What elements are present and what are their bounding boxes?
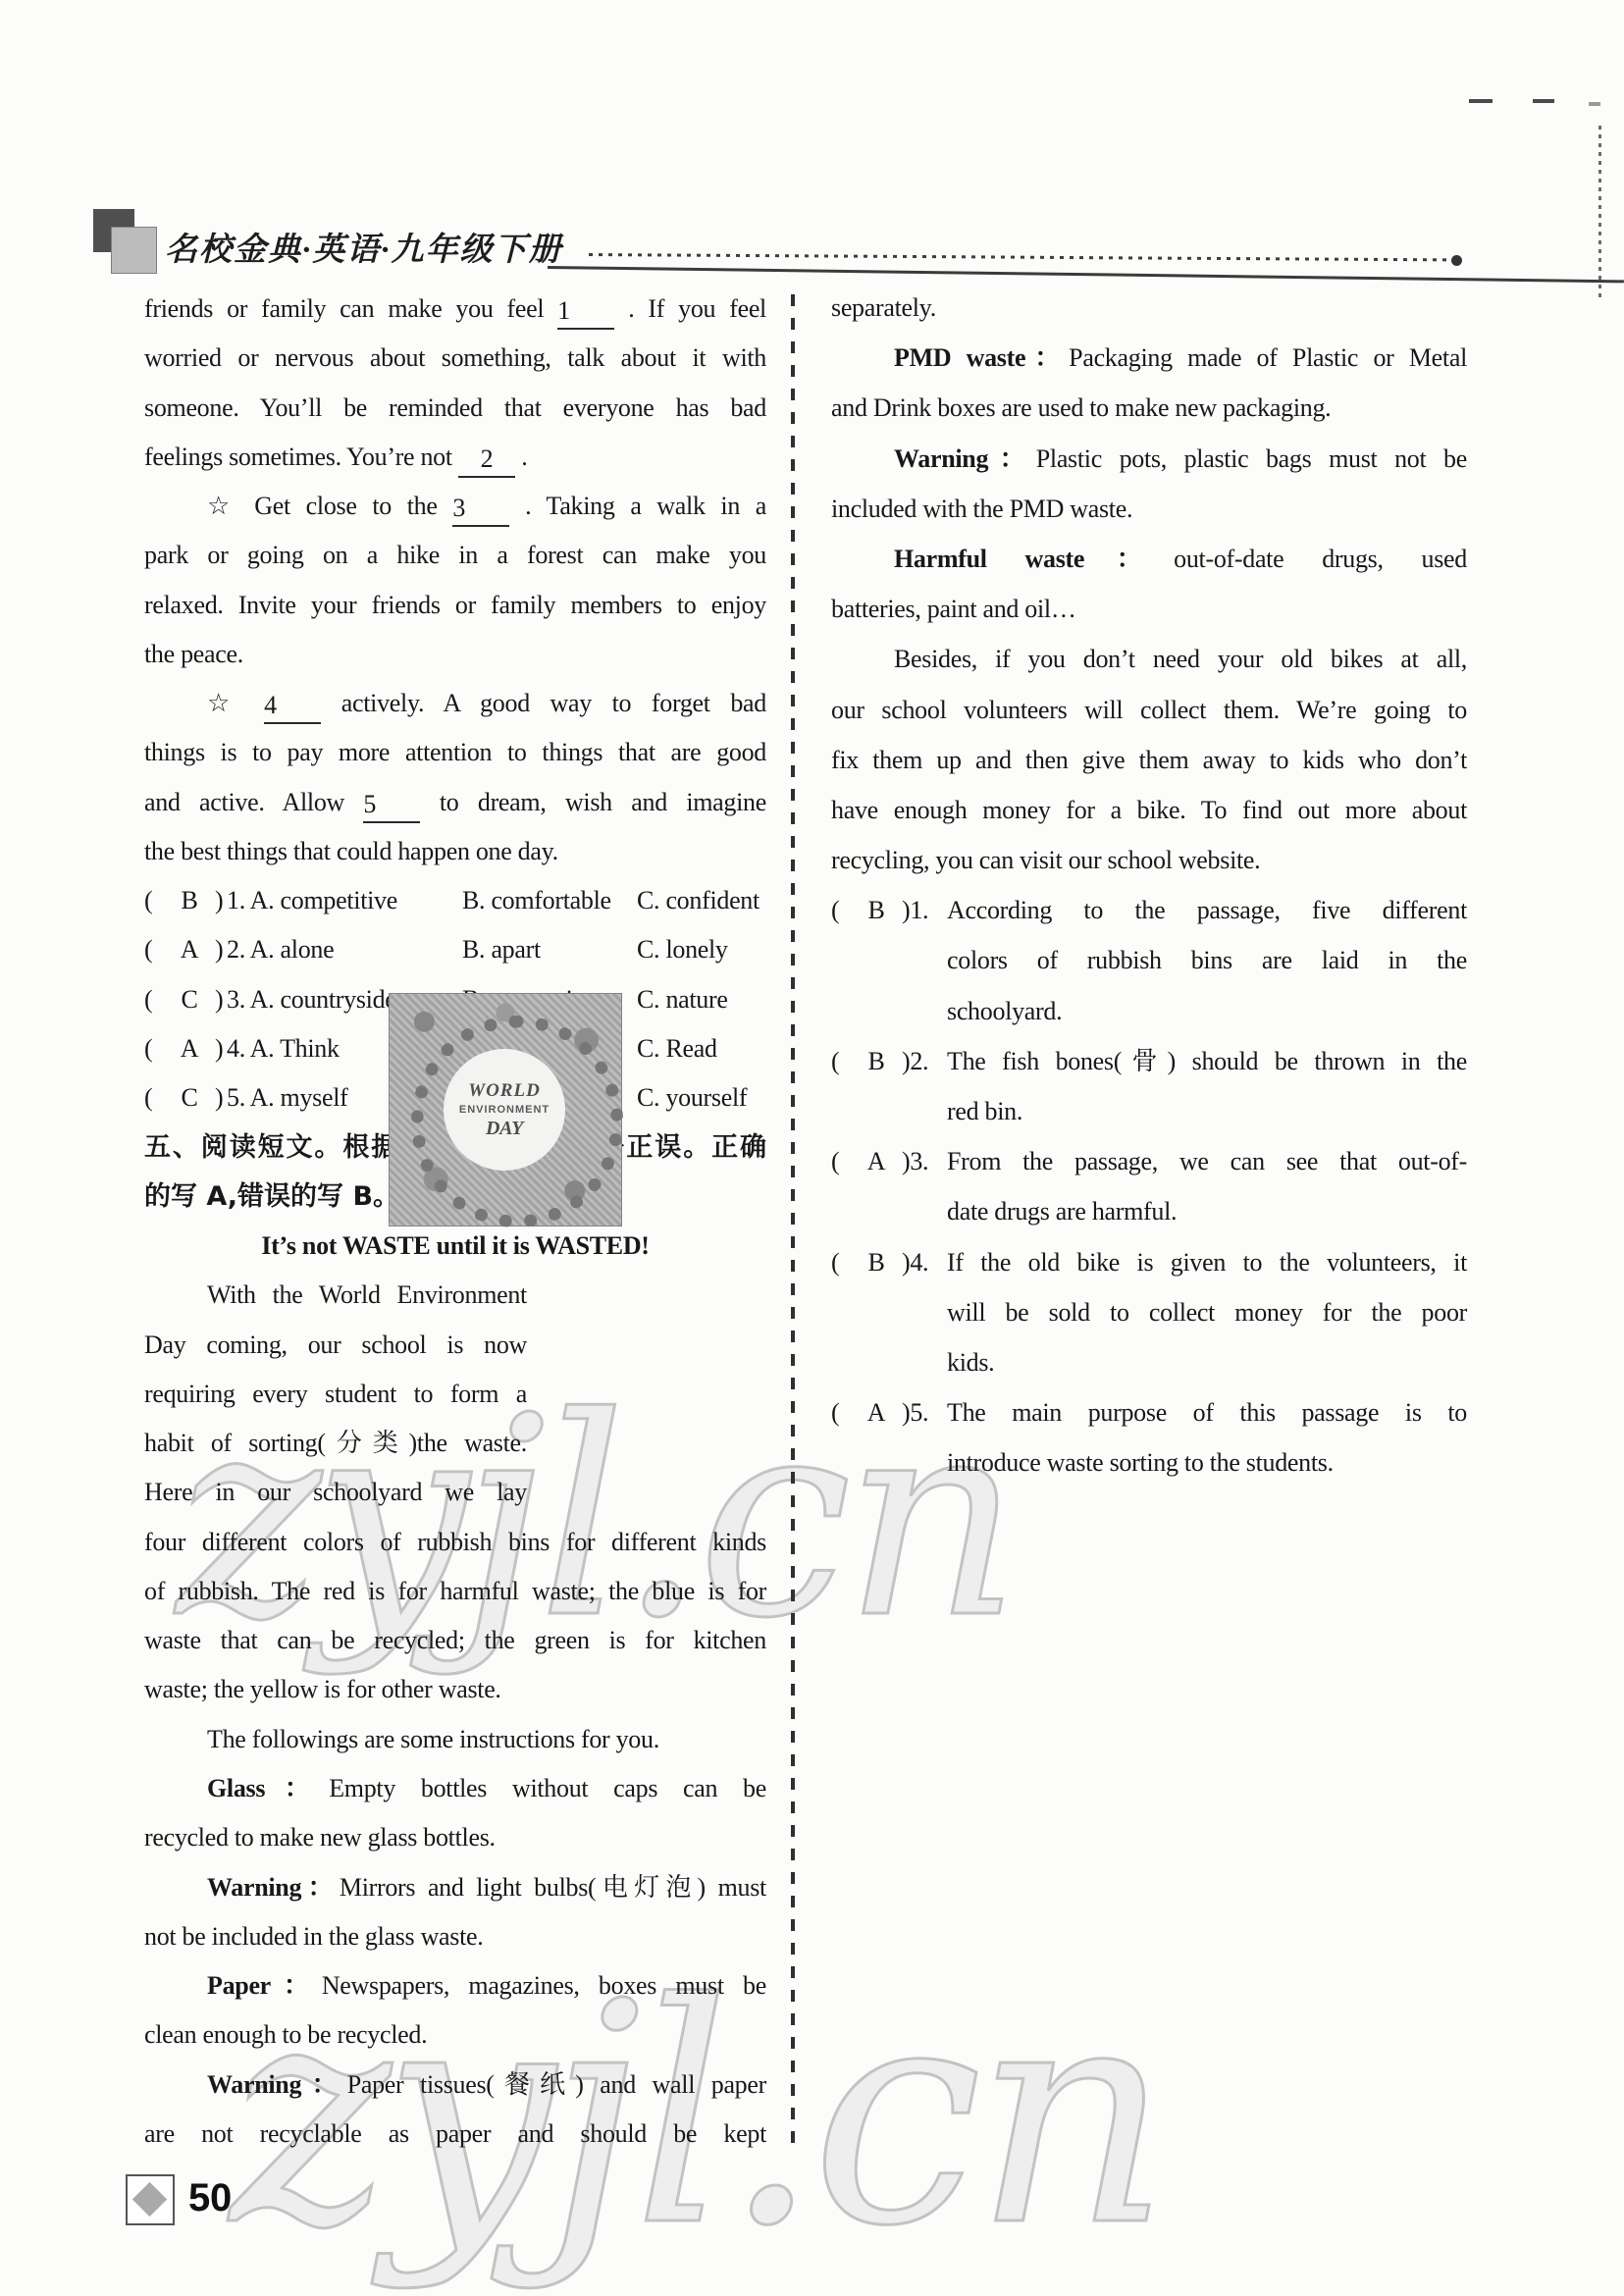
text-line: our school volunteers will collect them.… (831, 685, 1467, 735)
answer-letter: B (853, 1036, 900, 1086)
option-c: C. confident (637, 876, 760, 925)
text-segment: The followings are some instructions for… (207, 1725, 659, 1753)
text-segment: schoolyard. (947, 997, 1062, 1025)
bold-leadin: Warning： (207, 2070, 347, 2099)
text-segment: Besides, if you don’t need your old bike… (894, 645, 1467, 673)
item-number: )2. (902, 1036, 928, 1086)
figure-center-circle: WORLD ENVIRONMENT DAY (444, 1049, 565, 1171)
text-segment: four different colors of rubbish bins fo… (144, 1528, 766, 1556)
scanned-workbook-page: 名校金典·英语·九年级下册 zyjl.cn zyjl.cn friends or… (0, 0, 1624, 2296)
text-segment: . Taking a walk in a (509, 492, 766, 520)
text-line: red bin. (947, 1086, 1467, 1136)
answer-letter: C (166, 1073, 213, 1122)
bold-leadin: Warning： (207, 1873, 340, 1902)
text-line: recycled to make new glass bottles. (144, 1813, 766, 1862)
text-line: recycling, you can visit our school webs… (831, 835, 1467, 885)
option-c: C. nature (637, 975, 728, 1024)
option-a: 4. A. Think (227, 1024, 340, 1073)
text-line: included with the PMD waste. (831, 484, 1467, 534)
text-segment: not be included in the glass waste. (144, 1922, 483, 1951)
text-segment: will be sold to collect money for the po… (947, 1298, 1467, 1327)
text-line: have enough money for a bike. To find ou… (831, 785, 1467, 835)
answer-letter: A (853, 1136, 900, 1186)
text-segment: actively. A good way to forget bad (321, 689, 766, 717)
text-segment: batteries, paint and oil… (831, 595, 1076, 623)
text-line: waste that can be recycled; the green is… (144, 1616, 766, 1665)
answer-letter: A (166, 1024, 213, 1073)
text-line: fix them up and then give them away to k… (831, 735, 1467, 785)
item-text: From the passage, we can see that out-of… (947, 1136, 1467, 1186)
text-segment: relaxed. Invite your friends or family m… (144, 591, 766, 619)
item-number: )4. (902, 1237, 928, 1287)
text-segment: our school volunteers will collect them.… (831, 696, 1467, 724)
text-segment: are not recyclable as paper and should b… (144, 2119, 766, 2148)
item-number: )1. (902, 885, 928, 935)
text-segment: Empty bottles without caps can be (329, 1774, 766, 1802)
text-segment: someone. You’ll be reminded that everyon… (144, 393, 766, 422)
option-row: (B)1. A. competitiveB. comfortableC. con… (144, 876, 766, 925)
option-a: 2. A. alone (227, 925, 334, 974)
text-segment: friends or family can make you feel (144, 294, 557, 323)
text-segment: ☆ (207, 689, 264, 717)
text-segment: the peace. (144, 640, 243, 668)
text-segment: ☆ Get close to the (207, 492, 452, 520)
option-b: B. apart (462, 925, 541, 974)
right-column: separately.PMD waste：Packaging made of P… (831, 283, 1467, 1488)
text-segment: 的写 A,错误的写 B。 (144, 1181, 399, 1212)
option-a: 3. A. countryside (227, 975, 396, 1024)
text-line: relaxed. Invite your friends or family m… (144, 581, 766, 630)
text-line: four different colors of rubbish bins fo… (144, 1518, 766, 1567)
text-segment: recycling, you can visit our school webs… (831, 846, 1260, 874)
text-segment: things is to pay more attention to thing… (144, 738, 766, 766)
text-line: separately. (831, 283, 1467, 333)
item-text: If the old bike is given to the voluntee… (947, 1237, 1467, 1287)
text-line: of rubbish. The red is for harmful waste… (144, 1567, 766, 1616)
text-segment: With the World Environment (207, 1280, 527, 1309)
text-segment: out-of-date drugs, used (1174, 545, 1467, 573)
scan-tick-mark (1589, 102, 1600, 106)
text-line: someone. You’ll be reminded that everyon… (144, 384, 766, 433)
paren-open: ( (144, 975, 152, 1024)
text-line: Day coming, our school is now (144, 1321, 527, 1370)
text-line: introduce waste sorting to the students. (947, 1437, 1467, 1487)
page-number: 50 (188, 2176, 232, 2220)
option-row: (A)2. A. aloneB. apartC. lonely (144, 925, 766, 974)
item-number: )3. (902, 1136, 928, 1186)
answer-letter: B (853, 1237, 900, 1287)
text-segment: feelings sometimes. You’re not (144, 443, 458, 471)
text-line: will be sold to collect money for the po… (947, 1287, 1467, 1337)
text-line: park or going on a hike in a forest can … (144, 531, 766, 580)
text-line: friends or family can make you feel 1 . … (144, 285, 766, 334)
text-segment: park or going on a hike in a forest can … (144, 541, 766, 569)
text-segment: fix them up and then give them away to k… (831, 746, 1467, 774)
text-segment: the best things that could happen one da… (144, 837, 558, 865)
true-false-item-row: (B)2.The fish bones(骨) should be thrown … (831, 1036, 1467, 1086)
scan-tick-mark (1469, 99, 1493, 103)
text-segment: requiring every student to form a (144, 1380, 527, 1408)
option-b: B. comfortable (462, 876, 611, 925)
text-segment: and active. Allow (144, 788, 363, 816)
paren-close: ) (215, 975, 223, 1024)
text-line: things is to pay more attention to thing… (144, 728, 766, 777)
true-false-item-row: (A)3.From the passage, we can see that o… (831, 1136, 1467, 1186)
text-line: requiring every student to form a (144, 1370, 527, 1419)
text-segment: Plastic pots, plastic bags must not be (1036, 444, 1467, 473)
text-line: worried or nervous about something, talk… (144, 334, 766, 383)
text-segment: date drugs are harmful. (947, 1197, 1177, 1226)
item-text: According to the passage, five different (947, 885, 1467, 935)
text-line: kids. (947, 1337, 1467, 1387)
blank-underline: 5 (363, 790, 420, 823)
bold-leadin: Harmful waste： (894, 545, 1174, 573)
text-line: clean enough to be recycled. (144, 2010, 766, 2060)
item-number: )5. (902, 1387, 928, 1437)
true-false-item-row: (B)4.If the old bike is given to the vol… (831, 1237, 1467, 1287)
answer-letter: B (166, 876, 213, 925)
text-line: the best things that could happen one da… (144, 827, 766, 876)
text-line: habit of sorting(分类)the waste. (144, 1419, 527, 1468)
text-segment: recycled to make new glass bottles. (144, 1823, 496, 1852)
answer-letter: A (166, 925, 213, 974)
text-segment: It’s not WASTE until it is WASTED! (261, 1231, 649, 1260)
blank-underline: 1 (557, 296, 614, 330)
paren-open: ( (144, 1073, 152, 1122)
figure-word-world: WORLD (468, 1080, 541, 1102)
text-segment: introduce waste sorting to the students. (947, 1448, 1334, 1477)
option-c: C. lonely (637, 925, 728, 974)
text-segment: colors of rubbish bins are laid in the (947, 946, 1467, 974)
option-a: 1. A. competitive (227, 876, 397, 925)
paren-open: ( (144, 1024, 152, 1073)
text-segment: worried or nervous about something, talk… (144, 343, 766, 372)
text-line: ☆ Get close to the 3 . Taking a walk in … (144, 482, 766, 531)
scan-tick-mark (1533, 99, 1554, 103)
text-line: are not recyclable as paper and should b… (144, 2110, 766, 2159)
text-segment: Day coming, our school is now (144, 1331, 527, 1359)
diamond-icon (132, 2182, 167, 2217)
text-segment: . If you feel (614, 294, 766, 323)
item-text: The fish bones(骨) should be thrown in th… (947, 1036, 1467, 1086)
bold-leadin: Warning： (894, 444, 1036, 473)
text-segment: separately. (831, 293, 936, 322)
logo-square-light (111, 227, 157, 274)
text-segment: to dream, wish and imagine (420, 788, 766, 816)
answer-letter: A (853, 1387, 900, 1437)
text-segment: of rubbish. The red is for harmful waste… (144, 1577, 766, 1605)
header-dotted-rule (589, 253, 1450, 261)
text-segment: . (515, 443, 527, 471)
paren-close: ) (215, 1073, 223, 1122)
text-line: Glass：Empty bottles without caps can be (144, 1764, 766, 1813)
bold-leadin: PMD waste： (894, 343, 1069, 372)
bold-leadin: Glass： (207, 1774, 329, 1802)
answer-letter: C (166, 975, 213, 1024)
header-rule-end-dot (1451, 255, 1462, 266)
paren-close: ) (215, 925, 223, 974)
text-line: Harmful waste：out-of-date drugs, used (831, 534, 1467, 584)
text-line: feelings sometimes. You’re not 2 . (144, 433, 766, 482)
paren-open: ( (144, 876, 152, 925)
text-line: and Drink boxes are used to make new pac… (831, 383, 1467, 433)
text-line: ☆ 4 actively. A good way to forget bad (144, 679, 766, 728)
column-divider-dashed (791, 294, 795, 2155)
text-segment: waste; the yellow is for other waste. (144, 1675, 501, 1703)
text-line: Warning：Mirrors and light bulbs(电灯泡) mus… (144, 1863, 766, 1912)
blank-underline: 2 (458, 444, 515, 478)
paren-close: ) (215, 876, 223, 925)
page-badge (126, 2174, 175, 2225)
true-false-item-row: (B)1.According to the passage, five diff… (831, 885, 1467, 935)
text-line: batteries, paint and oil… (831, 584, 1467, 634)
text-line: waste; the yellow is for other waste. (144, 1665, 766, 1714)
figure-word-environment: ENVIRONMENT (459, 1104, 550, 1116)
text-line: Warning：Paper tissues(餐纸) and wall paper (144, 2061, 766, 2110)
text-segment: habit of sorting(分类)the waste. (144, 1429, 527, 1457)
text-line: With the World Environment (144, 1271, 527, 1320)
book-title: 名校金典·英语·九年级下册 (165, 224, 563, 270)
text-segment: Packaging made of Plastic or Metal (1069, 343, 1467, 372)
text-line: Warning：Plastic pots, plastic bags must … (831, 434, 1467, 484)
paren-close: ) (215, 1024, 223, 1073)
text-line: colors of rubbish bins are laid in the (947, 935, 1467, 985)
text-line: Besides, if you don’t need your old bike… (831, 634, 1467, 684)
text-line: not be included in the glass waste. (144, 1912, 766, 1961)
text-line: the peace. (144, 630, 766, 679)
text-segment: red bin. (947, 1097, 1022, 1125)
text-line: The followings are some instructions for… (144, 1715, 766, 1764)
item-text: The main purpose of this passage is to (947, 1387, 1467, 1437)
paren-open: ( (831, 885, 839, 935)
text-segment: and Drink boxes are used to make new pac… (831, 393, 1331, 422)
scan-edge-dotted-line (1598, 126, 1601, 300)
text-segment: Newspapers, magazines, boxes must be (322, 1971, 766, 2000)
blank-underline: 4 (264, 691, 321, 724)
text-segment: Paper tissues(餐纸) and wall paper (347, 2070, 766, 2099)
text-segment: have enough money for a bike. To find ou… (831, 796, 1467, 824)
text-segment: Mirrors and light bulbs(电灯泡) must (340, 1873, 766, 1902)
header-solid-rule (548, 266, 1624, 283)
answer-letter: B (853, 885, 900, 935)
text-line: date drugs are harmful. (947, 1186, 1467, 1236)
world-environment-day-figure: WORLD ENVIRONMENT DAY (389, 993, 622, 1226)
text-line: Here in our schoolyard we lay (144, 1468, 527, 1517)
option-c: C. yourself (637, 1073, 747, 1122)
paren-open: ( (831, 1387, 839, 1437)
text-segment: Here in our schoolyard we lay (144, 1478, 527, 1506)
text-segment: kids. (947, 1348, 994, 1377)
bold-leadin: Paper： (207, 1971, 322, 2000)
text-segment: waste that can be recycled; the green is… (144, 1626, 766, 1654)
text-line: schoolyard. (947, 986, 1467, 1036)
text-segment: clean enough to be recycled. (144, 2020, 427, 2049)
option-c: C. Read (637, 1024, 717, 1073)
paren-open: ( (831, 1237, 839, 1287)
text-segment: included with the PMD waste. (831, 495, 1132, 523)
figure-word-day: DAY (486, 1118, 523, 1140)
option-a: 5. A. myself (227, 1073, 348, 1122)
text-line: and active. Allow 5 to dream, wish and i… (144, 778, 766, 827)
paren-open: ( (831, 1136, 839, 1186)
blank-underline: 3 (452, 494, 509, 527)
text-line: PMD waste：Packaging made of Plastic or M… (831, 333, 1467, 383)
text-line: It’s not WASTE until it is WASTED! (144, 1222, 766, 1271)
true-false-item-row: (A)5.The main purpose of this passage is… (831, 1387, 1467, 1437)
paren-open: ( (831, 1036, 839, 1086)
paren-open: ( (144, 925, 152, 974)
text-line: Paper：Newspapers, magazines, boxes must … (144, 1961, 766, 2010)
